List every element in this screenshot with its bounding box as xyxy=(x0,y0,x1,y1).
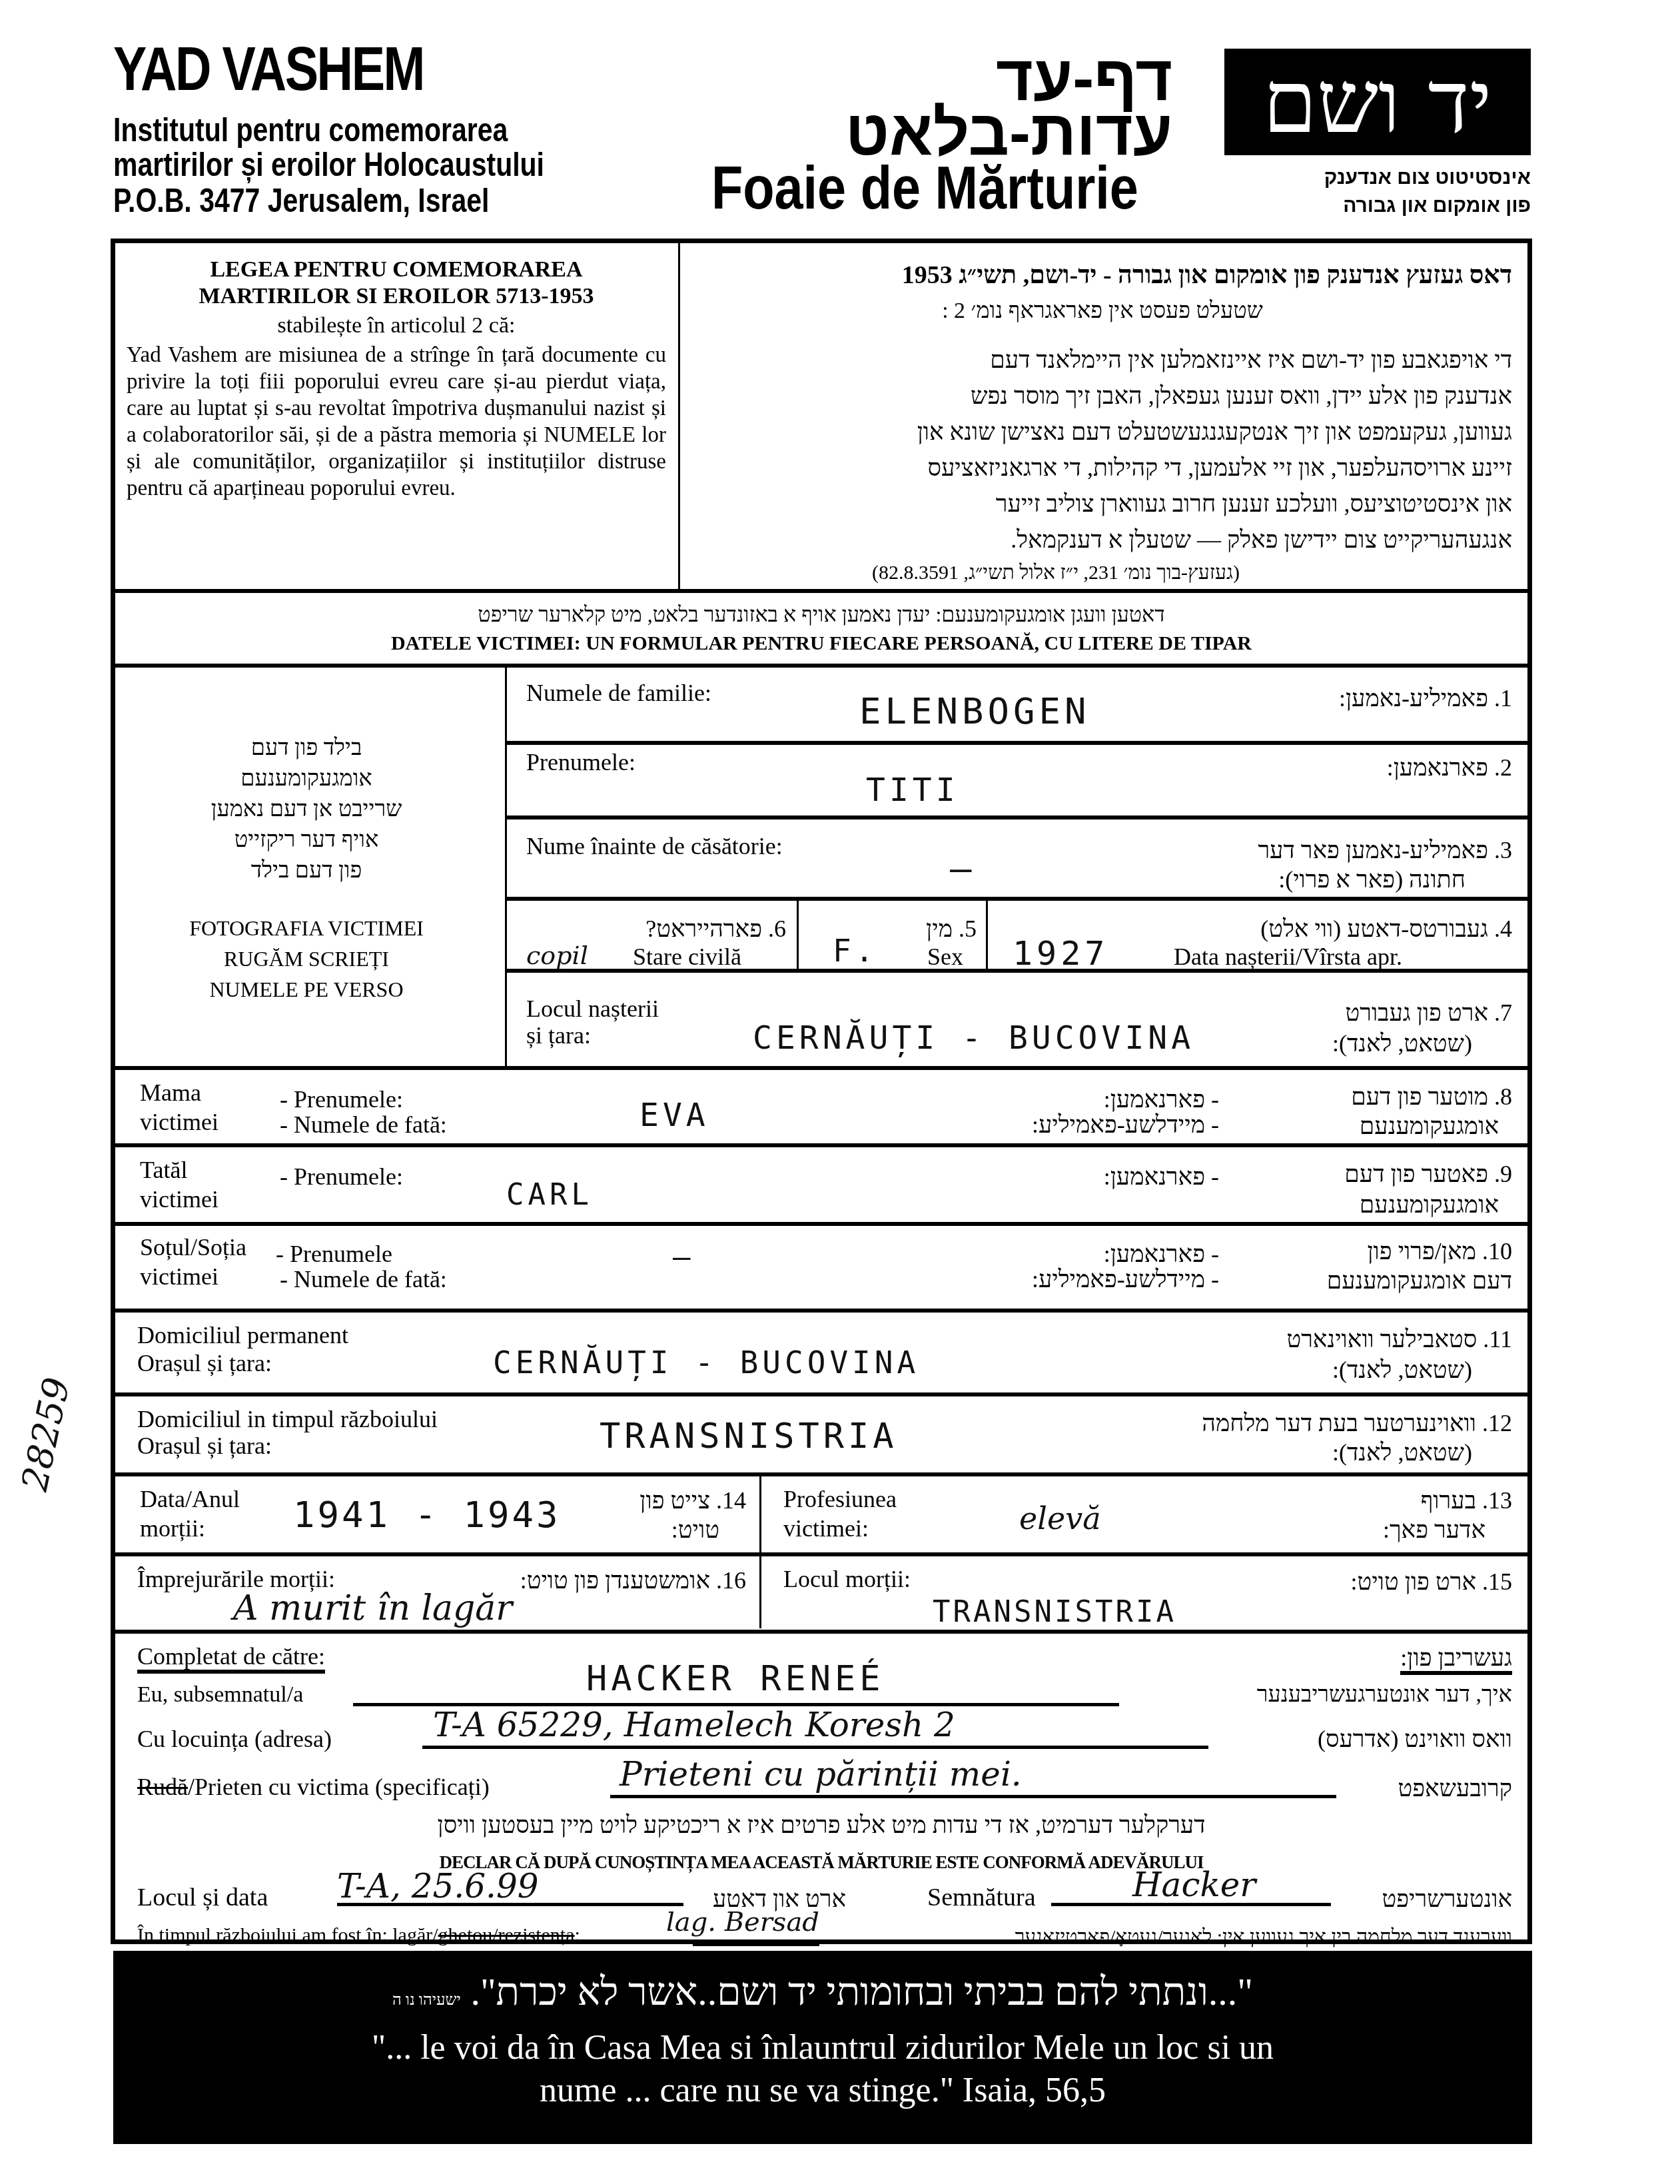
photo-divider xyxy=(505,666,507,1066)
wartime-label-struck: ghetou/rezistența xyxy=(438,1924,575,1946)
field-8-label-yi-1: 8. מוטער פון דעם xyxy=(1232,1083,1512,1110)
submitter-heading-ro: Completat de către: xyxy=(137,1643,325,1674)
photo-yi-line: פון דעם בילד xyxy=(127,855,486,886)
wartime-camp-label-ro: În timpul războiului am fost în: lagăr/g… xyxy=(137,1924,580,1947)
submitter-name-label-yi: איך, דער אונטערגעשריבענער xyxy=(1132,1682,1512,1708)
divider xyxy=(111,589,1532,593)
field-3-label-ro: Nume înainte de căsătorie: xyxy=(526,833,783,859)
divider xyxy=(111,664,1532,668)
data-section-header: דאטען וועגן אומגעקומענעם: יעדן נאמען אוי… xyxy=(113,600,1529,658)
law-ro-title-2: MARTIRILOR SI EROILOR 5713-1953 xyxy=(127,283,666,310)
field-4-label-yi: 4. געבורטס-דאטע (ווי אלט) xyxy=(1132,915,1512,942)
father-name-value[interactable]: CARL xyxy=(506,1178,593,1212)
divider xyxy=(111,1222,1532,1226)
divider xyxy=(111,1066,1532,1070)
maiden-name-value[interactable]: – xyxy=(950,847,976,889)
field-3-label-yi-1: 3. פאמיליע-נאמען פאר דער xyxy=(1066,837,1512,863)
law-yi-line: געווען, געקעמפט און זיך אנטקעגנגעשטעלט ד… xyxy=(693,414,1512,450)
field-10-sub2-ro: - Numele de fată: xyxy=(280,1266,447,1293)
law-ro-subtitle: stabilește în articolul 2 că: xyxy=(127,312,666,339)
law-yi-citation: (געזעץ-בוך נומ׳ 231, י״ז אלול תשי״ג, 82.… xyxy=(693,558,1512,588)
law-yi-line: די אויפגאבע פון יד-ושם איז איינזאמלען אי… xyxy=(693,342,1512,378)
field-1-label-ro: Numele de familie: xyxy=(526,680,711,706)
field-13-label-ro-1: Profesiunea xyxy=(783,1486,897,1512)
relation-line xyxy=(610,1795,1336,1798)
death-circumstances-value[interactable]: A murit în lagăr xyxy=(233,1588,512,1628)
signature-label-ro: Semnătura xyxy=(927,1884,1036,1911)
field-8-label-ro-1: Mama xyxy=(140,1079,201,1106)
divider xyxy=(111,1309,1532,1313)
relation-label-text: /Prieten cu victima (specificați) xyxy=(188,1774,490,1800)
field-11-label-yi-1: 11. סטאבילער וואוינארט xyxy=(1099,1326,1512,1353)
page-title: Foaie de Mărturie xyxy=(711,159,1138,219)
place-date-value[interactable]: T-A, 25.6.99 xyxy=(337,1867,539,1906)
relation-label-struck: Rudă xyxy=(137,1774,188,1800)
law-ro-title-1: LEGEA PENTRU COMEMORAREA xyxy=(127,257,666,283)
divider-sex-birth xyxy=(986,899,988,969)
data-header-romanian: DATELE VICTIMEI: UN FORMULAR PENTRU FIEC… xyxy=(113,629,1529,658)
relation-label-ro: Rudă/Prieten cu victima (specificați) xyxy=(137,1774,490,1800)
field-11-label-yi-2: (שטאט, לאנד): xyxy=(1099,1357,1472,1383)
law-yi-title-1: דאס געזעץ אנדענק פון אומקום און גבורה - … xyxy=(693,257,1512,294)
field-13-label-yi-2: אדער פאך: xyxy=(1266,1516,1485,1543)
wartime-camp-value[interactable]: lag. Bersad xyxy=(666,1907,819,1937)
org-address: P.O.B. 3477 Jerusalem, Israel xyxy=(113,184,490,217)
field-8-label-yi-2: אומגעקומענעם xyxy=(1232,1113,1499,1139)
field-1-label-yi: 1. פאמיליע-נאמען: xyxy=(1132,685,1512,712)
signature-value[interactable]: Hacker xyxy=(1132,1866,1256,1904)
field-12-label-yi-1: 12. וואוינערטער בעת דער מלחמה xyxy=(999,1410,1512,1436)
field-3-label-yi-2: חתונה (פאר א פרוי): xyxy=(1066,866,1466,893)
place-date-label-ro: Locul și data xyxy=(137,1884,268,1911)
field-9-label-ro-1: Tatăl xyxy=(140,1157,187,1183)
wartime-label-part: În timpul războiului am fost în: lagăr/ xyxy=(137,1924,438,1946)
divider xyxy=(111,1552,1532,1556)
divider xyxy=(111,1472,1532,1476)
wartime-camp-label-yi: ווערענד דער מלחמה בין איך געווען אין: לא… xyxy=(819,1924,1512,1951)
divider xyxy=(111,1392,1532,1396)
field-2-label-yi: 2. פארנאמען: xyxy=(1132,754,1512,781)
law-yiddish: דאס געזעץ אנדענק פון אומקום און גבורה - … xyxy=(693,257,1512,588)
birth-date-value[interactable]: 1927 xyxy=(1013,934,1108,973)
logo-subtitle-2: פון אומקום און גבורה xyxy=(1224,195,1531,217)
field-14-label-yi-2: טויט: xyxy=(586,1516,719,1543)
field-14-label-yi-1: 14. צייט פון xyxy=(586,1487,746,1514)
photo-ro-line: RUGĂM SCRIEȚI xyxy=(127,943,486,974)
field-12-label-yi-2: (שטאט, לאנד): xyxy=(1099,1439,1472,1466)
photo-ro-line: NUMELE PE VERSO xyxy=(127,974,486,1005)
field-8-label-ro-2: victimei xyxy=(140,1109,218,1135)
civil-status-value[interactable]: copil xyxy=(526,941,588,970)
address-label-yi: וואס וואוינט (אדרעס) xyxy=(1219,1726,1512,1752)
photo-yi-line: אויף דער ריקזייט xyxy=(127,825,486,855)
address-value[interactable]: T-A 65229, Hamelech Koresh 2 xyxy=(433,1706,955,1744)
field-8-sub2-yi: - מיידלשע-פאמיליע: xyxy=(933,1111,1219,1138)
family-name-value[interactable]: ELENBOGEN xyxy=(859,690,1090,732)
margin-reference-number: 28259 xyxy=(13,1374,78,1494)
org-line-1: Institutul pentru comemorarea xyxy=(113,113,508,147)
signature-label-yi: אונטערשריפט xyxy=(1332,1886,1512,1912)
field-13-label-yi-1: 13. בערוף xyxy=(1266,1487,1512,1514)
logo-subtitle-1: אינסטיטוט צום אנדענק xyxy=(1224,167,1531,189)
field-10-sub2-yi: - מיידלשע-פאמיליע: xyxy=(933,1266,1219,1293)
law-ro-body: Yad Vashem are misiunea de a strînge în … xyxy=(127,342,666,502)
field-14-label-ro-2: morții: xyxy=(140,1515,205,1542)
address-label-ro: Cu locuința (adresa) xyxy=(137,1726,332,1752)
org-name: YAD VASHEM xyxy=(113,39,424,100)
law-yi-line: זיינע ארויסהעלפער, און זיי אלעמען, די קה… xyxy=(693,450,1512,486)
mother-name-value[interactable]: EVA xyxy=(639,1097,709,1134)
divider xyxy=(111,1143,1532,1147)
quote-romanian-line-2: nume ... care nu se va stinge." Isaia, 5… xyxy=(113,2069,1532,2112)
divider xyxy=(505,969,1532,973)
field-10-label-ro-1: Soțul/Soția xyxy=(140,1234,246,1261)
yad-vashem-logo: יד ושם xyxy=(1224,49,1531,155)
field-4-label-ro: Data nașterii/Vîrsta apr. xyxy=(1174,943,1402,970)
field-9-label-yi-1: 9. פאטער פון דעם xyxy=(1232,1161,1512,1187)
divider xyxy=(111,1630,1532,1634)
field-9-label-yi-2: אומגעקומענעם xyxy=(1232,1191,1499,1218)
field-10-label-ro-2: victimei xyxy=(140,1263,218,1290)
profession-value[interactable]: elevă xyxy=(1019,1500,1101,1536)
law-yi-line: און אינסטיטוציעס, וועלכע זענען חרוב געוו… xyxy=(693,486,1512,522)
law-yi-title-2: שטעלט פעסט אין פאראגראף נומ׳ 2 : xyxy=(693,294,1512,328)
field-10-label-yi-1: 10. מאן/פרוי פון xyxy=(1232,1238,1512,1265)
law-yi-body: די אויפגאבע פון יד-ושם איז איינזאמלען אי… xyxy=(693,342,1512,558)
quote-hebrew-source: ישעיהו נו ה xyxy=(392,1991,461,2009)
address-line xyxy=(422,1746,1208,1749)
wartime-label-colon: : xyxy=(575,1924,580,1946)
wartime-residence-value[interactable]: TRANSNISTRIA xyxy=(600,1416,898,1456)
submitter-name-label-ro: Eu, subsemnatul/a xyxy=(137,1682,303,1708)
relation-value[interactable]: Prieteni cu părinții mei. xyxy=(620,1755,1022,1794)
law-romanian: LEGEA PENTRU COMEMORAREA MARTIRILOR SI E… xyxy=(127,257,666,502)
divider xyxy=(505,897,1532,901)
spouse-name-value[interactable]: – xyxy=(673,1241,695,1275)
photo-yi-line: אומגעקומענעם xyxy=(127,764,486,794)
photo-yi-line: שרייבט אן דעם נאמען xyxy=(127,794,486,825)
field-6-label-ro: Stare civilă xyxy=(633,943,741,970)
wartime-camp-line xyxy=(693,1944,819,1946)
death-place-value[interactable]: TRANSNISTRIA xyxy=(933,1595,1176,1629)
field-10-sub1-yi: - פארנאמען: xyxy=(933,1241,1219,1267)
law-divider xyxy=(678,243,680,589)
field-12-label-ro-1: Domiciliul in timpul războiului xyxy=(137,1406,438,1432)
birth-place-value[interactable]: CERNĂUȚI - BUCOVINA xyxy=(753,1019,1194,1057)
submitter-name-value[interactable]: HACKER RENEÉ xyxy=(586,1659,885,1699)
law-yi-line: אנדענק פון אלע יידן, וואס זענען געפאלן, … xyxy=(693,378,1512,414)
divider-death-columns xyxy=(759,1475,761,1628)
quote-romanian-line-1: "... le voi da în Casa Mea si înlauntrul… xyxy=(113,2027,1532,2069)
relation-label-yi: קרובעשאפט xyxy=(1346,1775,1512,1802)
photo-romanian-instructions: FOTOGRAFIA VICTIMEI RUGĂM SCRIEȚI NUMELE… xyxy=(127,913,486,1005)
field-9-label-ro-2: victimei xyxy=(140,1186,218,1213)
first-name-value[interactable]: TITI xyxy=(866,772,959,809)
divider-civil-sex xyxy=(797,899,799,969)
logo-text: יד ושם xyxy=(1263,59,1492,145)
declaration-yiddish: דערקלער דערמיט, אז די עדות מיט אלע פרטים… xyxy=(111,1811,1532,1839)
field-5-label-yi: 5. מין xyxy=(866,915,977,942)
field-12-label-ro-2: Orașul și țara: xyxy=(137,1432,272,1459)
field-10-sub1-ro: - Prenumele xyxy=(276,1241,392,1267)
field-15-label-yi: 15. ארט פון טויט: xyxy=(1199,1568,1512,1595)
law-yi-line: אנגעהעריקייט צום יידישן פאלק — שטעלן א ד… xyxy=(693,522,1512,558)
field-8-sub1-yi: - פארנאמען: xyxy=(933,1086,1219,1113)
photo-placeholder[interactable]: בילד פון דעם אומגעקומענעם שרייבט אן דעם … xyxy=(127,733,486,1005)
field-8-sub1-ro: - Prenumele: xyxy=(280,1086,403,1113)
field-11-label-ro-1: Domiciliul permanent xyxy=(137,1322,348,1349)
quote-hebrew: "...ונתתי להם בביתי ובחומותי יד ושם..אשר… xyxy=(113,1965,1532,2027)
photo-yiddish-instructions: בילד פון דעם אומגעקומענעם שרייבט אן דעם … xyxy=(127,733,486,886)
org-line-2: martirilor și eroilor Holocaustului xyxy=(113,148,544,181)
declaration-romanian: DECLAR CĂ DUPĂ CUNOȘTINȚA MEA ACEASTĂ MĂ… xyxy=(111,1852,1532,1873)
field-5-label-ro: Sex xyxy=(927,943,963,970)
field-9-sub1-yi: - פארנאמען: xyxy=(933,1163,1219,1190)
divider xyxy=(505,816,1532,819)
photo-ro-line: FOTOGRAFIA VICTIMEI xyxy=(127,913,486,943)
field-14-label-ro-1: Data/Anul xyxy=(140,1486,240,1512)
quote-hebrew-text: "...ונתתי להם בביתי ובחומותי יד ושם..אשר… xyxy=(470,1970,1253,2013)
field-11-label-ro-2: Orașul și țara: xyxy=(137,1350,272,1376)
photo-yi-line: בילד פון דעם xyxy=(127,733,486,764)
field-10-label-yi-2: דעם אומגעקומענעם xyxy=(1232,1267,1512,1294)
field-6-label-yi: 6. פארהייראט? xyxy=(600,915,786,942)
divider xyxy=(505,741,1532,745)
submitter-heading-yi: געשריבן פון: xyxy=(1400,1644,1512,1675)
sex-value[interactable]: F. xyxy=(833,933,877,969)
field-7-label-ro-2: și țara: xyxy=(526,1022,591,1049)
field-15-label-ro: Locul morții: xyxy=(783,1566,911,1592)
isaiah-quote-banner: "...ונתתי להם בביתי ובחומותי יד ושם..אשר… xyxy=(113,1951,1532,2144)
field-8-sub2-ro: - Numele de fată: xyxy=(280,1111,447,1138)
field-13-label-ro-2: victimei: xyxy=(783,1515,869,1542)
field-2-label-ro: Prenumele: xyxy=(526,749,635,776)
field-7-label-ro-1: Locul nașterii xyxy=(526,995,659,1022)
death-date-value[interactable]: 1941 - 1943 xyxy=(293,1494,561,1536)
data-header-yiddish: דאטען וועגן אומגעקומענעם: יעדן נאמען אוי… xyxy=(113,600,1529,629)
field-9-sub1-ro: - Prenumele: xyxy=(280,1163,403,1190)
permanent-residence-value[interactable]: CERNĂUȚI - BUCOVINA xyxy=(493,1345,919,1380)
